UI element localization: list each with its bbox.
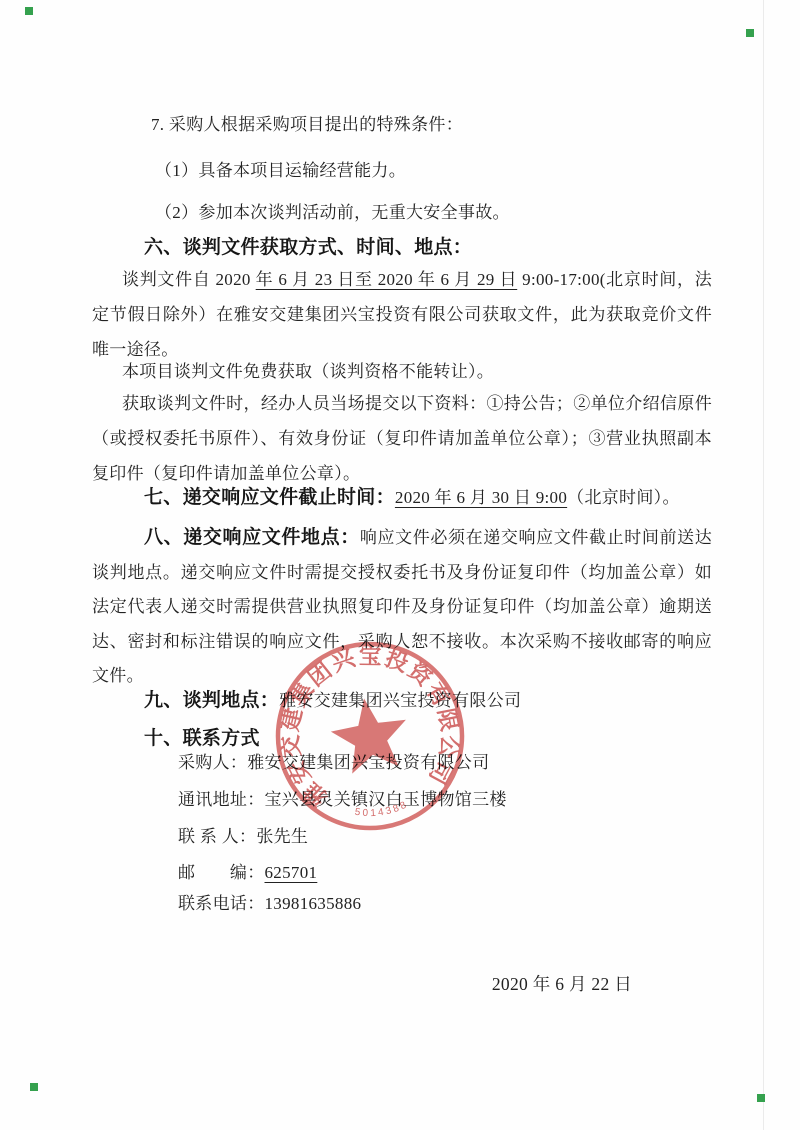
special-conditions-intro: 7. 采购人根据采购项目提出的特殊条件： xyxy=(92,112,712,138)
contact-list: 采购人：雅安交建集团兴宝投资有限公司 通讯地址：宝兴县灵关镇汉白玉博物馆三楼 联… xyxy=(92,750,712,917)
special-condition-2: （2）参加本次谈判活动前，无重大安全事故。 xyxy=(92,200,712,226)
section6-paragraph-3: 获取谈判文件时，经办人员当场提交以下资料：①持公告；②单位介绍信原件（或授权委托… xyxy=(92,386,712,491)
postcode-label: 邮 编： xyxy=(178,863,265,882)
scan-edge-line xyxy=(763,0,764,1130)
section6-date-range-underlined: 年 6 月 23 日至 2020 年 6 月 29 日 xyxy=(256,270,518,289)
address-value: 宝兴县灵关镇汉白玉博物馆三楼 xyxy=(265,790,507,809)
section8-body: 响应文件必须在递交响应文件截止时间前送达谈判地点。递交响应文件时需提交授权委托书… xyxy=(92,528,712,685)
section6-paragraph-2: 本项目谈判文件免费获取（谈判资格不能转让）。 xyxy=(92,358,712,386)
purchaser-label: 采购人： xyxy=(178,753,247,772)
phone-value: 13981635886 xyxy=(265,894,362,913)
section7-heading: 七、递交响应文件截止时间： xyxy=(144,487,395,508)
section6-heading: 六、谈判文件获取方式、时间、地点： xyxy=(92,234,712,262)
contact-person-label: 联 系 人： xyxy=(178,827,256,846)
section6-paragraph-1: 谈判文件自 2020 年 6 月 23 日至 2020 年 6 月 29 日 9… xyxy=(92,262,712,367)
contact-row-purchaser: 采购人：雅安交建集团兴宝投资有限公司 xyxy=(178,750,712,776)
contact-row-phone: 联系电话：13981635886 xyxy=(178,891,712,917)
phone-label: 联系电话： xyxy=(178,894,265,913)
section7-line: 七、递交响应文件截止时间：2020 年 6 月 30 日 9:00（北京时间）。 xyxy=(92,483,712,513)
contact-row-postcode: 邮 编：625701 xyxy=(178,860,712,886)
section9-line: 九、谈判地点：雅安交建集团兴宝投资有限公司 xyxy=(92,686,712,716)
corner-mark xyxy=(757,1094,765,1102)
special-condition-1: （1）具备本项目运输经营能力。 xyxy=(92,158,712,184)
section7-suffix: （北京时间）。 xyxy=(567,488,680,507)
document-page: 7. 采购人根据采购项目提出的特殊条件： （1）具备本项目运输经营能力。 （2）… xyxy=(0,0,800,1130)
section9-location: 雅安交建集团兴宝投资有限公司 xyxy=(279,691,521,710)
document-body: 7. 采购人根据采购项目提出的特殊条件： （1）具备本项目运输经营能力。 （2）… xyxy=(92,112,712,997)
purchaser-value: 雅安交建集团兴宝投资有限公司 xyxy=(247,753,489,772)
section7-deadline-underlined: 2020 年 6 月 30 日 9:00 xyxy=(395,488,567,507)
section6-para1-pre: 谈判文件自 2020 xyxy=(122,270,256,289)
section8-heading: 八、递交响应文件地点： xyxy=(144,527,360,548)
postcode-value-underlined: 625701 xyxy=(265,863,318,882)
corner-mark xyxy=(746,29,754,37)
contact-row-person: 联 系 人：张先生 xyxy=(178,824,712,850)
document-date: 2020 年 6 月 22 日 xyxy=(92,971,712,997)
address-label: 通讯地址： xyxy=(178,790,265,809)
contact-row-address: 通讯地址：宝兴县灵关镇汉白玉博物馆三楼 xyxy=(178,787,712,813)
corner-mark xyxy=(25,7,33,15)
section9-heading: 九、谈判地点： xyxy=(144,690,279,711)
contact-person-value: 张先生 xyxy=(256,827,308,846)
section8-paragraph: 八、递交响应文件地点：响应文件必须在递交响应文件截止时间前送达谈判地点。递交响应… xyxy=(92,521,712,694)
corner-mark xyxy=(30,1083,38,1091)
